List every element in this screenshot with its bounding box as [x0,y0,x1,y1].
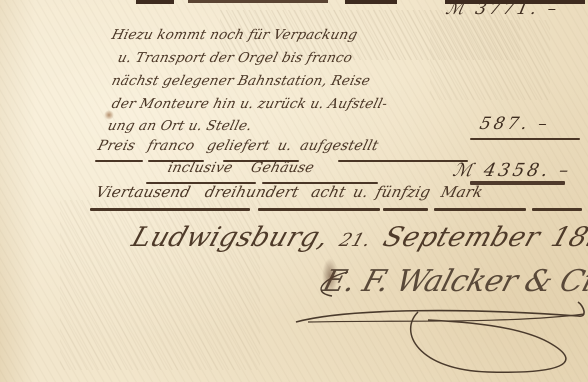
word-fuenfzig: fünfzig [374,183,433,201]
amount-in-words: Viertausend dreihundert acht u. fünfzig … [94,183,485,201]
word-und: u. [351,183,370,201]
word-franco: franco [146,138,197,154]
word-geliefert: geliefert [205,138,271,154]
date-year: 1896. [547,222,588,253]
underline-aufgestellt [338,160,468,162]
underline-viertausend [90,208,250,211]
additional-amount: 587. – [478,114,552,134]
word-gehaeuse: Gehäuse [249,160,316,176]
word-und: u. [276,138,294,154]
price-line-1: Preis franco geliefert u. aufgestellt [96,138,380,154]
body-line-5: ung an Ort u. Stelle. [106,118,254,134]
carried-amount-value: 3771. – [473,0,561,19]
word-acht: acht [309,183,347,201]
word-mark: Mark [439,183,485,201]
body-line-2: u. Transport der Orgel bis franco [116,50,354,66]
top-edge-underline [188,0,328,3]
mark-symbol: ℳ [451,160,478,181]
document-page: ℳ 3771. – Hiezu kommt noch für Verpackun… [0,0,588,382]
top-edge-underline [136,0,174,4]
underline-fuenfzig [434,208,526,211]
date-day: 21. [337,230,374,251]
ink-stain [104,110,114,120]
price-line-2: inclusive Gehäuse [166,160,316,176]
word-aufgestellt: aufgestellt [298,138,380,154]
underline-mark [532,208,582,211]
word-preis: Preis [96,138,137,154]
body-line-4: der Monteure hin u. zurück u. Aufstell- [110,96,389,112]
place: Ludwigsburg, [128,222,333,253]
body-line-1: Hiezu kommt noch für Verpackung [110,27,359,43]
mark-symbol: ℳ [444,0,469,19]
additional-amount-underline [470,138,580,140]
ink-smudge [322,258,338,294]
underline-dreihundert [258,208,380,211]
word-dreihundert: dreihundert [203,183,301,201]
word-inclusive: inclusive [166,160,234,176]
date-month: September [379,222,544,253]
signature: E. F. Walcker & Cie. [288,262,588,382]
bleed-through-marks [430,20,550,100]
total-amount-value: 4358. – [482,160,574,181]
body-line-3: nächst gelegener Bahnstation, Reise [110,73,372,89]
underline-acht [383,208,428,211]
total-amount: ℳ 4358. – [451,160,574,181]
top-edge-underline [345,0,397,4]
place-date-line: Ludwigsburg, 21. September 1896. [128,222,588,253]
carried-amount: ℳ 3771. – [444,0,561,19]
word-viertausend: Viertausend [94,183,193,201]
underline-preis [95,160,143,162]
